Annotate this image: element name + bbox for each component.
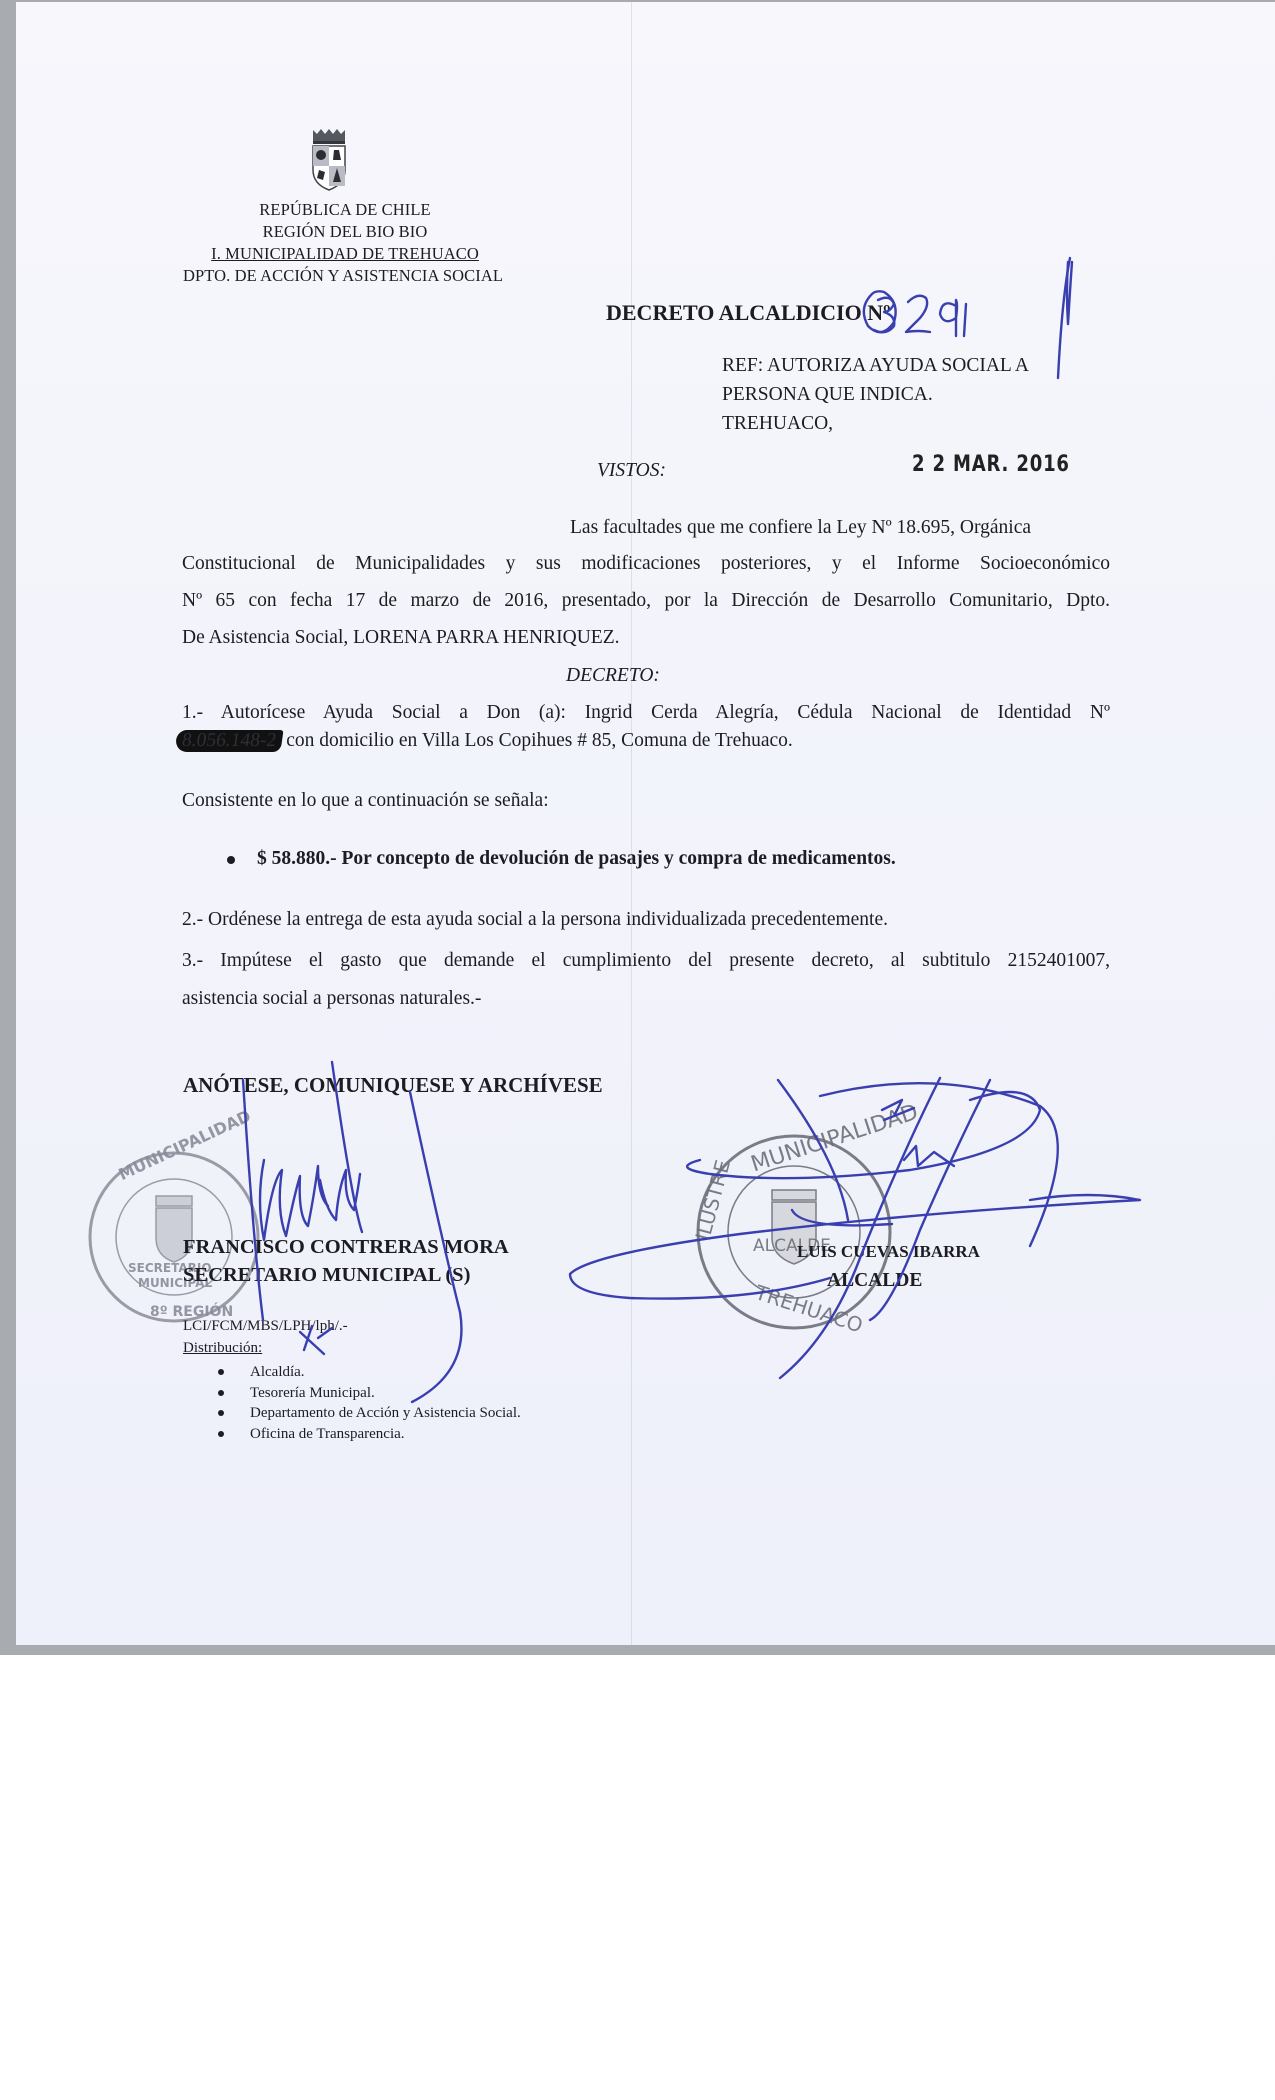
consistente-text: Consistente en lo que a continuación se … — [182, 790, 549, 812]
mayor-name: LUIS CUEVAS IBARRA — [797, 1242, 980, 1262]
distribution-item: Tesorería Municipal. — [212, 1383, 521, 1404]
decreto-item-1-line-1: 1.- Autorícese Ayuda Social a Don (a): I… — [182, 702, 1110, 724]
vistos-line-1: Las facultades que me confiere la Ley Nº… — [570, 517, 1031, 539]
benefit-item: $ 58.880.- Por concepto de devolución de… — [227, 848, 896, 870]
vistos-line-3: Nº 65 con fecha 17 de marzo de 2016, pre… — [182, 590, 1110, 612]
secretary-title: SECRETARIO MUNICIPAL (S) — [183, 1264, 470, 1287]
decree-title: DECRETO ALCALDICIO Nº — [606, 300, 890, 326]
initials-reference: LCI/FCM/MBS/LPH/lph/.- — [183, 1318, 348, 1335]
redacted-id-number: 8.056.148-2 — [174, 730, 283, 752]
decreto-item-3-line-2: asistencia social a personas naturales.- — [182, 988, 481, 1010]
bullet-icon — [227, 856, 235, 864]
closing-heading: ANÓTESE, COMUNIQUESE Y ARCHÍVESE — [183, 1073, 603, 1098]
ref-line-3: TREHUACO, — [722, 413, 833, 435]
decreto-item-2: 2.- Ordénese la entrega de esta ayuda so… — [182, 909, 888, 931]
ref-line-1: REF: AUTORIZA AYUDA SOCIAL A — [722, 355, 1029, 377]
letterhead-municipality: I. MUNICIPALIDAD DE TREHUACO — [0, 244, 690, 264]
mayor-title: ALCALDE — [827, 1270, 922, 1292]
decreto-item-3-line-1: 3.- Impútese el gasto que demande el cum… — [182, 950, 1110, 972]
vistos-line-2: Constitucional de Municipalidades y sus … — [182, 553, 1110, 575]
letterhead-country: REPÚBLICA DE CHILE — [0, 200, 690, 220]
vistos-heading: VISTOS: — [597, 460, 666, 482]
distribution-heading: Distribución: — [183, 1340, 262, 1357]
secretary-name: FRANCISCO CONTRERAS MORA — [183, 1236, 509, 1259]
ref-line-2: PERSONA QUE INDICA. — [722, 384, 933, 406]
letterhead-region: REGIÓN DEL BIO BIO — [0, 222, 690, 242]
distribution-list: Alcaldía. Tesorería Municipal. Departame… — [212, 1362, 521, 1444]
distribution-item: Alcaldía. — [212, 1362, 521, 1383]
municipal-coat-of-arms-icon — [309, 128, 349, 192]
decreto-item-1-line-2: 8.056.148-2con domicilio en Villa Los Co… — [176, 730, 793, 752]
date-stamp: 2 2 MAR. 2016 — [912, 452, 1070, 477]
distribution-item: Departamento de Acción y Asistencia Soci… — [212, 1403, 521, 1424]
decreto-heading: DECRETO: — [566, 665, 660, 687]
vistos-line-4: De Asistencia Social, LORENA PARRA HENRI… — [182, 627, 619, 649]
letterhead-department: DPTO. DE ACCIÓN Y ASISTENCIA SOCIAL — [0, 266, 688, 286]
distribution-item: Oficina de Transparencia. — [212, 1424, 521, 1445]
